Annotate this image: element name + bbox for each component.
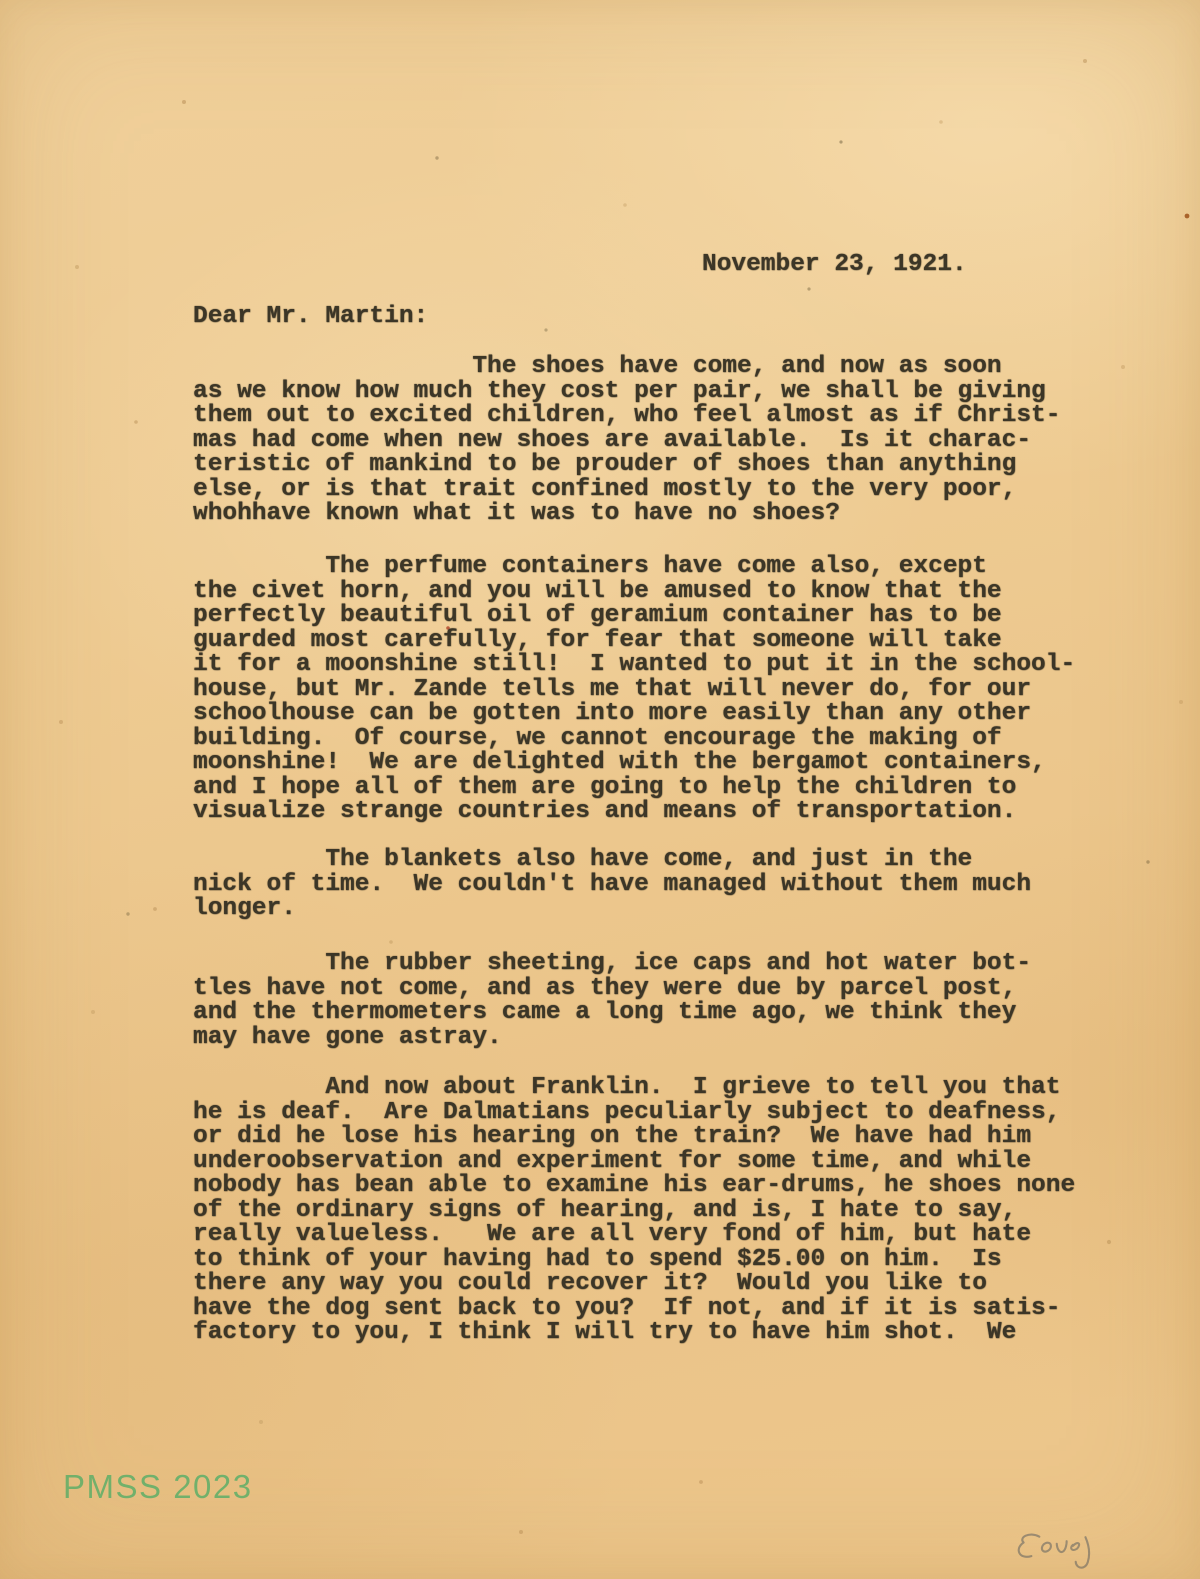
- letter-date: November 23, 1921.: [702, 253, 967, 278]
- letter-paragraph-perfume-containers: The perfume containers have come also, e…: [193, 555, 1075, 825]
- archive-watermark: PMSS 2023: [63, 1469, 253, 1505]
- paper-specks: [0, 0, 2, 2]
- handwritten-pencil-note: [1007, 1517, 1136, 1579]
- letter-paragraph-franklin-dog: And now about Franklin. I grieve to tell…: [193, 1076, 1075, 1346]
- letter-paragraph-rubber-sheeting: The rubber sheeting, ice caps and hot wa…: [193, 952, 1031, 1050]
- letter-paragraph-blankets: The blankets also have come, and just in…: [193, 848, 1031, 922]
- letter-paragraph-shoes: The shoes have come, and now as soon as …: [193, 355, 1060, 527]
- letter-date-text: November 23, 1921.: [702, 251, 967, 278]
- letter-salutation: Dear Mr. Martin:: [193, 305, 428, 330]
- letter-page: November 23, 1921. Dear Mr. Martin: The …: [0, 0, 1200, 1579]
